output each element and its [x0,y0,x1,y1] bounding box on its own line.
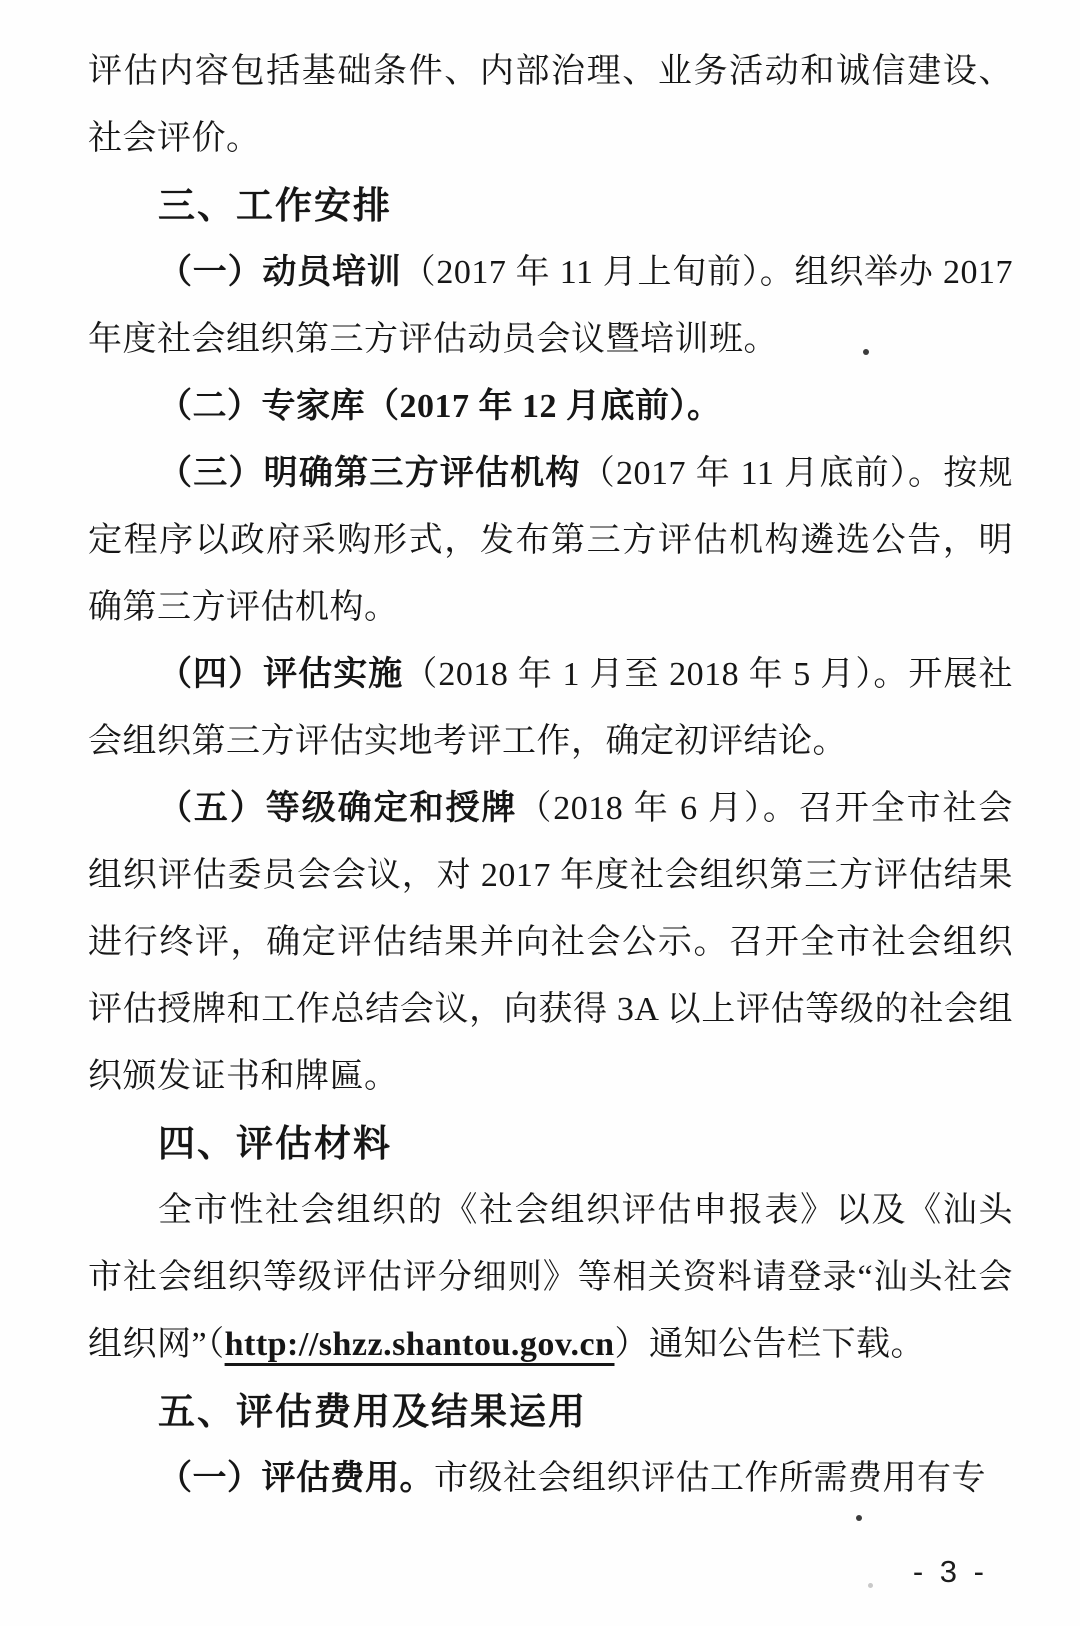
item-lead: （五）等级确定和授牌 [158,790,517,827]
item-lead: （一）评估费用。 [158,1460,434,1497]
section-heading-fees: 五、评估费用及结果运用 [88,1378,1013,1445]
scan-speck [856,1515,862,1521]
item-lead: （一）动员培训 [158,254,402,291]
paragraph-text: 评估内容包括基础条件、内部治理、业务活动和诚信建设、社会评价。 [88,53,1013,157]
item-lead: （二）专家库（2017 年 12 月底前）。 [158,388,722,425]
materials-paragraph: 全市性社会组织的《社会组织评估申报表》以及《汕头市社会组织等级评估评分细则》等相… [88,1177,1013,1378]
item-text: 市级社会组织评估工作所需费用有专 [434,1460,986,1497]
item-lead: （四）评估实施 [158,656,403,693]
scanned-document-page: 评估内容包括基础条件、内部治理、业务活动和诚信建设、社会评价。 三、工作安排 （… [0,0,1080,1626]
page-number: - 3 - [913,1552,988,1592]
work-plan-item-1: （一）动员培训（2017 年 11 月上旬前）。组织举办 2017 年度社会组织… [88,239,1013,373]
fees-item-1: （一）评估费用。市级社会组织评估工作所需费用有专 [88,1445,1013,1512]
work-plan-item-3: （三）明确第三方评估机构（2017 年 11 月底前）。按规定程序以政府采购形式… [88,440,1013,641]
work-plan-item-5: （五）等级确定和授牌（2018 年 6 月）。召开全市社会组织评估委员会会议，对… [88,775,1013,1110]
website-url-text: http://shzz.shantou.gov.cn [225,1326,615,1363]
item-lead: （三）明确第三方评估机构 [158,455,581,492]
materials-text-after-url: ）通知公告栏下载。 [615,1326,926,1363]
work-plan-item-4: （四）评估实施（2018 年 1 月至 2018 年 5 月）。开展社会组织第三… [88,641,1013,775]
paragraph-intro-continuation: 评估内容包括基础条件、内部治理、业务活动和诚信建设、社会评价。 [88,38,1013,172]
scan-speck [868,1583,873,1588]
section-heading-work-plan: 三、工作安排 [88,172,1013,239]
item-text: （2018 年 6 月）。召开全市社会组织评估委员会会议，对 2017 年度社会… [88,790,1013,1095]
section-heading-materials: 四、评估材料 [88,1110,1013,1177]
scan-speck [863,349,869,355]
work-plan-item-2: （二）专家库（2017 年 12 月底前）。 [88,373,1013,440]
document-body: 评估内容包括基础条件、内部治理、业务活动和诚信建设、社会评价。 三、工作安排 （… [88,38,1013,1512]
